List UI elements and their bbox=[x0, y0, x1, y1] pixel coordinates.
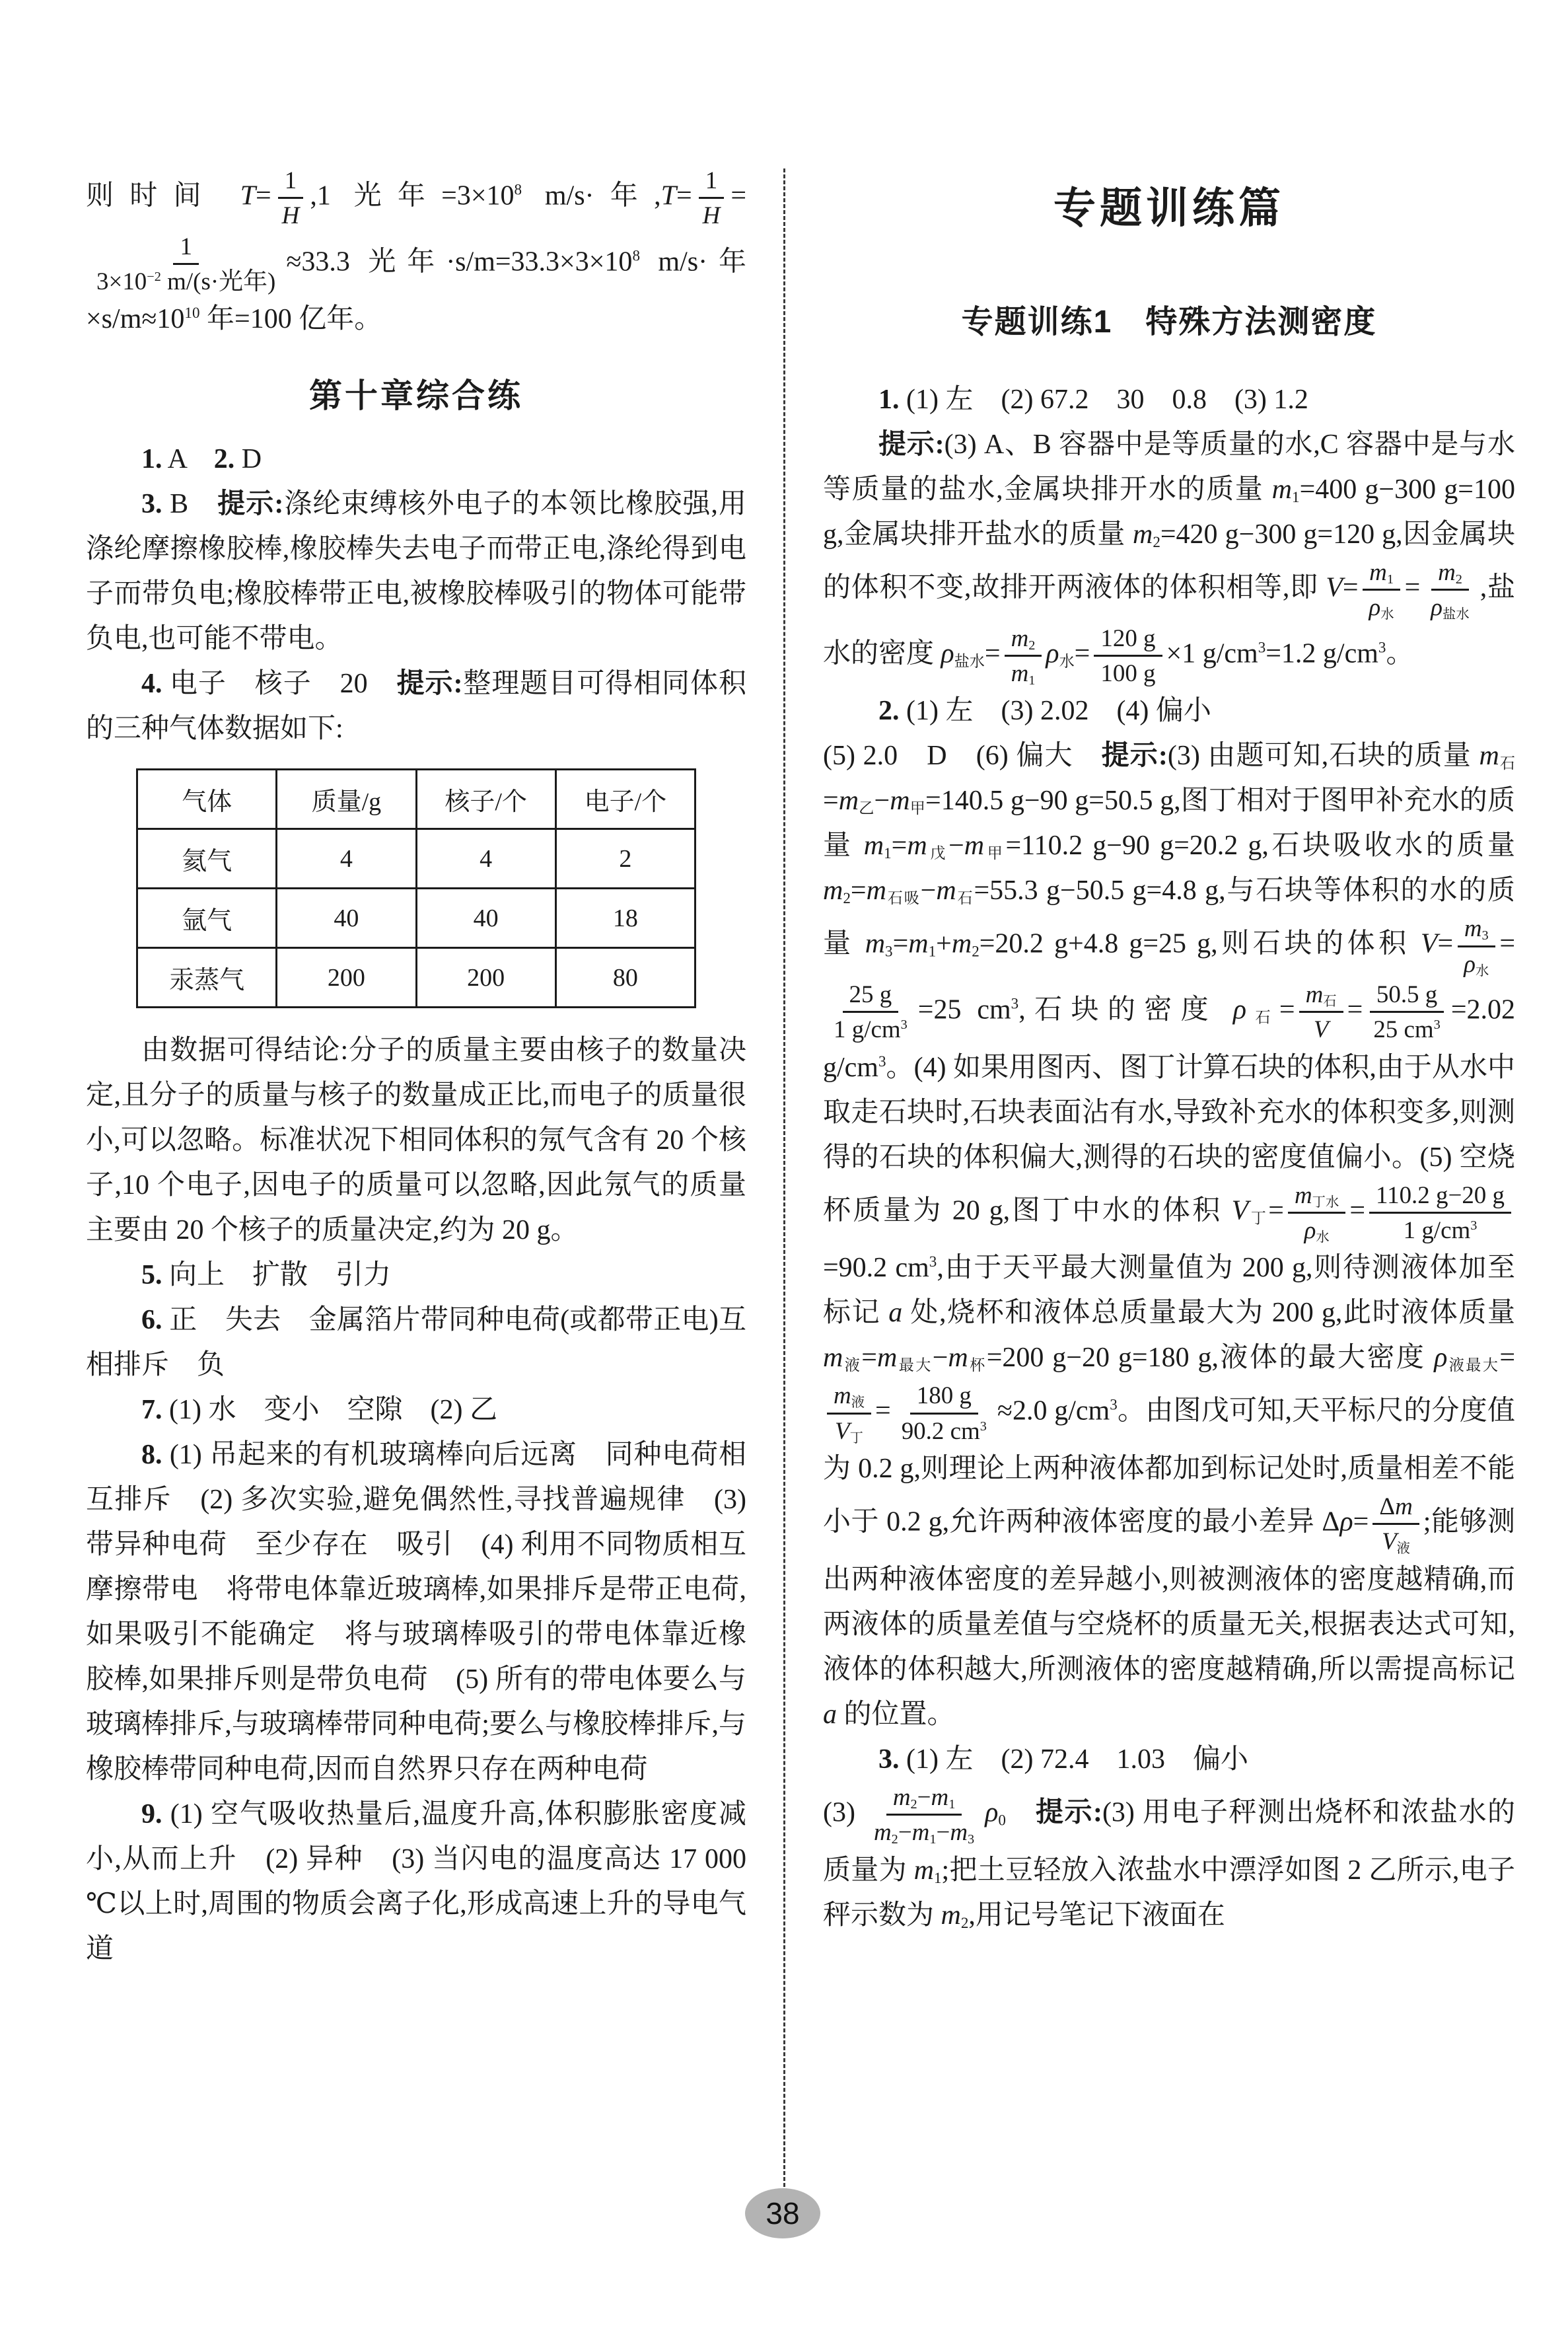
answer-item: 1. (1) 左 (2) 67.2 30 0.8 (3) 1.2 bbox=[823, 377, 1515, 422]
table-cell: 2 bbox=[555, 829, 695, 889]
fraction: m2m1 bbox=[1005, 623, 1042, 689]
fraction: 180 g90.2 cm3 bbox=[895, 1380, 993, 1446]
page-number: 38 bbox=[766, 2196, 799, 2231]
fraction: m1ρ水 bbox=[1363, 557, 1401, 623]
table-cell: 200 bbox=[416, 948, 555, 1008]
table-cell: 汞蒸气 bbox=[137, 948, 277, 1008]
answer-item: 由数据可得结论:分子的质量主要由核子的数量决定,且分子的质量与核子的数量成正比,… bbox=[86, 1028, 746, 1253]
table-cell: 200 bbox=[277, 948, 416, 1008]
table-header-cell: 电子/个 bbox=[555, 770, 695, 829]
chapter-answers-top: 1. A 2. D3. B 提示:涤纶束缚核外电子的本领比橡胶强,用涤纶摩擦橡胶… bbox=[86, 437, 746, 751]
table-cell: 氩气 bbox=[137, 889, 277, 948]
answer-item: 1. A 2. D bbox=[86, 437, 746, 482]
answer-item: (3) m2−m1m2−m1−m3ρ0 提示:(3) 用电子秤测出烧杯和浓盐水的… bbox=[823, 1782, 1515, 1938]
table-cell: 40 bbox=[277, 889, 416, 948]
chapter-heading: 第十章综合练 bbox=[86, 369, 746, 417]
table-header-cell: 核子/个 bbox=[416, 770, 555, 829]
fraction: 1H bbox=[275, 165, 306, 231]
answer-item: 8. (1) 吊起来的有机玻璃棒向后远离 同种电荷相互排斥 (2) 多次实验,避… bbox=[86, 1432, 746, 1792]
table-cell: 80 bbox=[555, 948, 695, 1008]
answer-item: 6. 正 失去 金属箔片带同种电荷(或都带正电)互相排斥 负 bbox=[86, 1298, 746, 1387]
fraction: ΔmV液 bbox=[1372, 1491, 1419, 1557]
right-column: 专题训练篇 专题训练1 特殊方法测密度 1. (1) 左 (2) 67.2 30… bbox=[823, 165, 1515, 1938]
carryover-solution-paragraph: 则时间 T=1H,1 光年=3×108 m/s·年,T=1H=13×10−2 m… bbox=[86, 165, 746, 342]
table-cell: 氦气 bbox=[137, 829, 277, 889]
fraction: m丁水ρ水 bbox=[1288, 1180, 1345, 1246]
fraction: m2−m1m2−m1−m3 bbox=[867, 1782, 981, 1848]
table-row: 氩气404018 bbox=[137, 889, 695, 948]
table-header-cell: 质量/g bbox=[277, 770, 416, 829]
answer-item: 3. (1) 左 (2) 72.4 1.03 偏小 bbox=[823, 1737, 1515, 1782]
table-cell: 18 bbox=[555, 889, 695, 948]
fraction: m石V bbox=[1299, 979, 1343, 1045]
fraction: m2ρ盐水 bbox=[1424, 557, 1476, 623]
fraction: 13×10−2 m/(s·光年) bbox=[90, 231, 282, 297]
fraction: 1H bbox=[696, 165, 727, 231]
fraction: m液V丁 bbox=[827, 1380, 871, 1446]
fraction: 50.5 g25 cm3 bbox=[1367, 979, 1447, 1045]
column-divider-line bbox=[783, 168, 785, 2187]
fraction: 25 g1 g/cm3 bbox=[827, 979, 914, 1045]
answer-item: 7. (1) 水 变小 空隙 (2) 乙 bbox=[86, 1387, 746, 1432]
workbook-answer-page: 则时间 T=1H,1 光年=3×108 m/s·年,T=1H=13×10−2 m… bbox=[0, 0, 1568, 2325]
topic-training-answers: 1. (1) 左 (2) 67.2 30 0.8 (3) 1.2提示:(3) A… bbox=[823, 377, 1515, 1938]
table-header-cell: 气体 bbox=[137, 770, 277, 829]
part-title: 专题训练篇 bbox=[823, 174, 1515, 235]
section-title: 专题训练1 特殊方法测密度 bbox=[823, 296, 1515, 342]
gas-data-table: 气体质量/g核子/个电子/个氦气442氩气404018汞蒸气20020080 bbox=[136, 768, 696, 1008]
table-cell: 4 bbox=[277, 829, 416, 889]
left-column: 则时间 T=1H,1 光年=3×108 m/s·年,T=1H=13×10−2 m… bbox=[86, 165, 746, 1972]
answer-item: 4. 电子 核子 20 提示:整理题目可得相同体积的三种气体数据如下: bbox=[86, 661, 746, 751]
answer-item: 提示:(3) A、B 容器中是等质量的水,C 容器中是与水等质量的盐水,金属块排… bbox=[823, 422, 1515, 688]
answer-item: 9. (1) 空气吸收热量后,温度升高,体积膨胀密度减小,从而上升 (2) 异种… bbox=[86, 1792, 746, 1972]
fraction: 120 g100 g bbox=[1094, 623, 1162, 689]
page-number-badge: 38 bbox=[745, 2188, 820, 2238]
fraction: m3ρ水 bbox=[1457, 913, 1495, 979]
table-row: 汞蒸气20020080 bbox=[137, 948, 695, 1008]
table-row: 氦气442 bbox=[137, 829, 695, 889]
chapter-answers-bottom: 由数据可得结论:分子的质量主要由核子的数量决定,且分子的质量与核子的数量成正比,… bbox=[86, 1028, 746, 1972]
fraction: 110.2 g−20 g1 g/cm3 bbox=[1369, 1180, 1511, 1246]
answer-item: 3. B 提示:涤纶束缚核外电子的本领比橡胶强,用涤纶摩擦橡胶棒,橡胶棒失去电子… bbox=[86, 482, 746, 661]
table-cell: 4 bbox=[416, 829, 555, 889]
answer-item: 5. 向上 扩散 引力 bbox=[86, 1253, 746, 1298]
table-header-row: 气体质量/g核子/个电子/个 bbox=[137, 770, 695, 829]
answer-item: 2. (1) 左 (3) 2.02 (4) 偏小(5) 2.0 D (6) 偏大… bbox=[823, 688, 1515, 1736]
table-cell: 40 bbox=[416, 889, 555, 948]
